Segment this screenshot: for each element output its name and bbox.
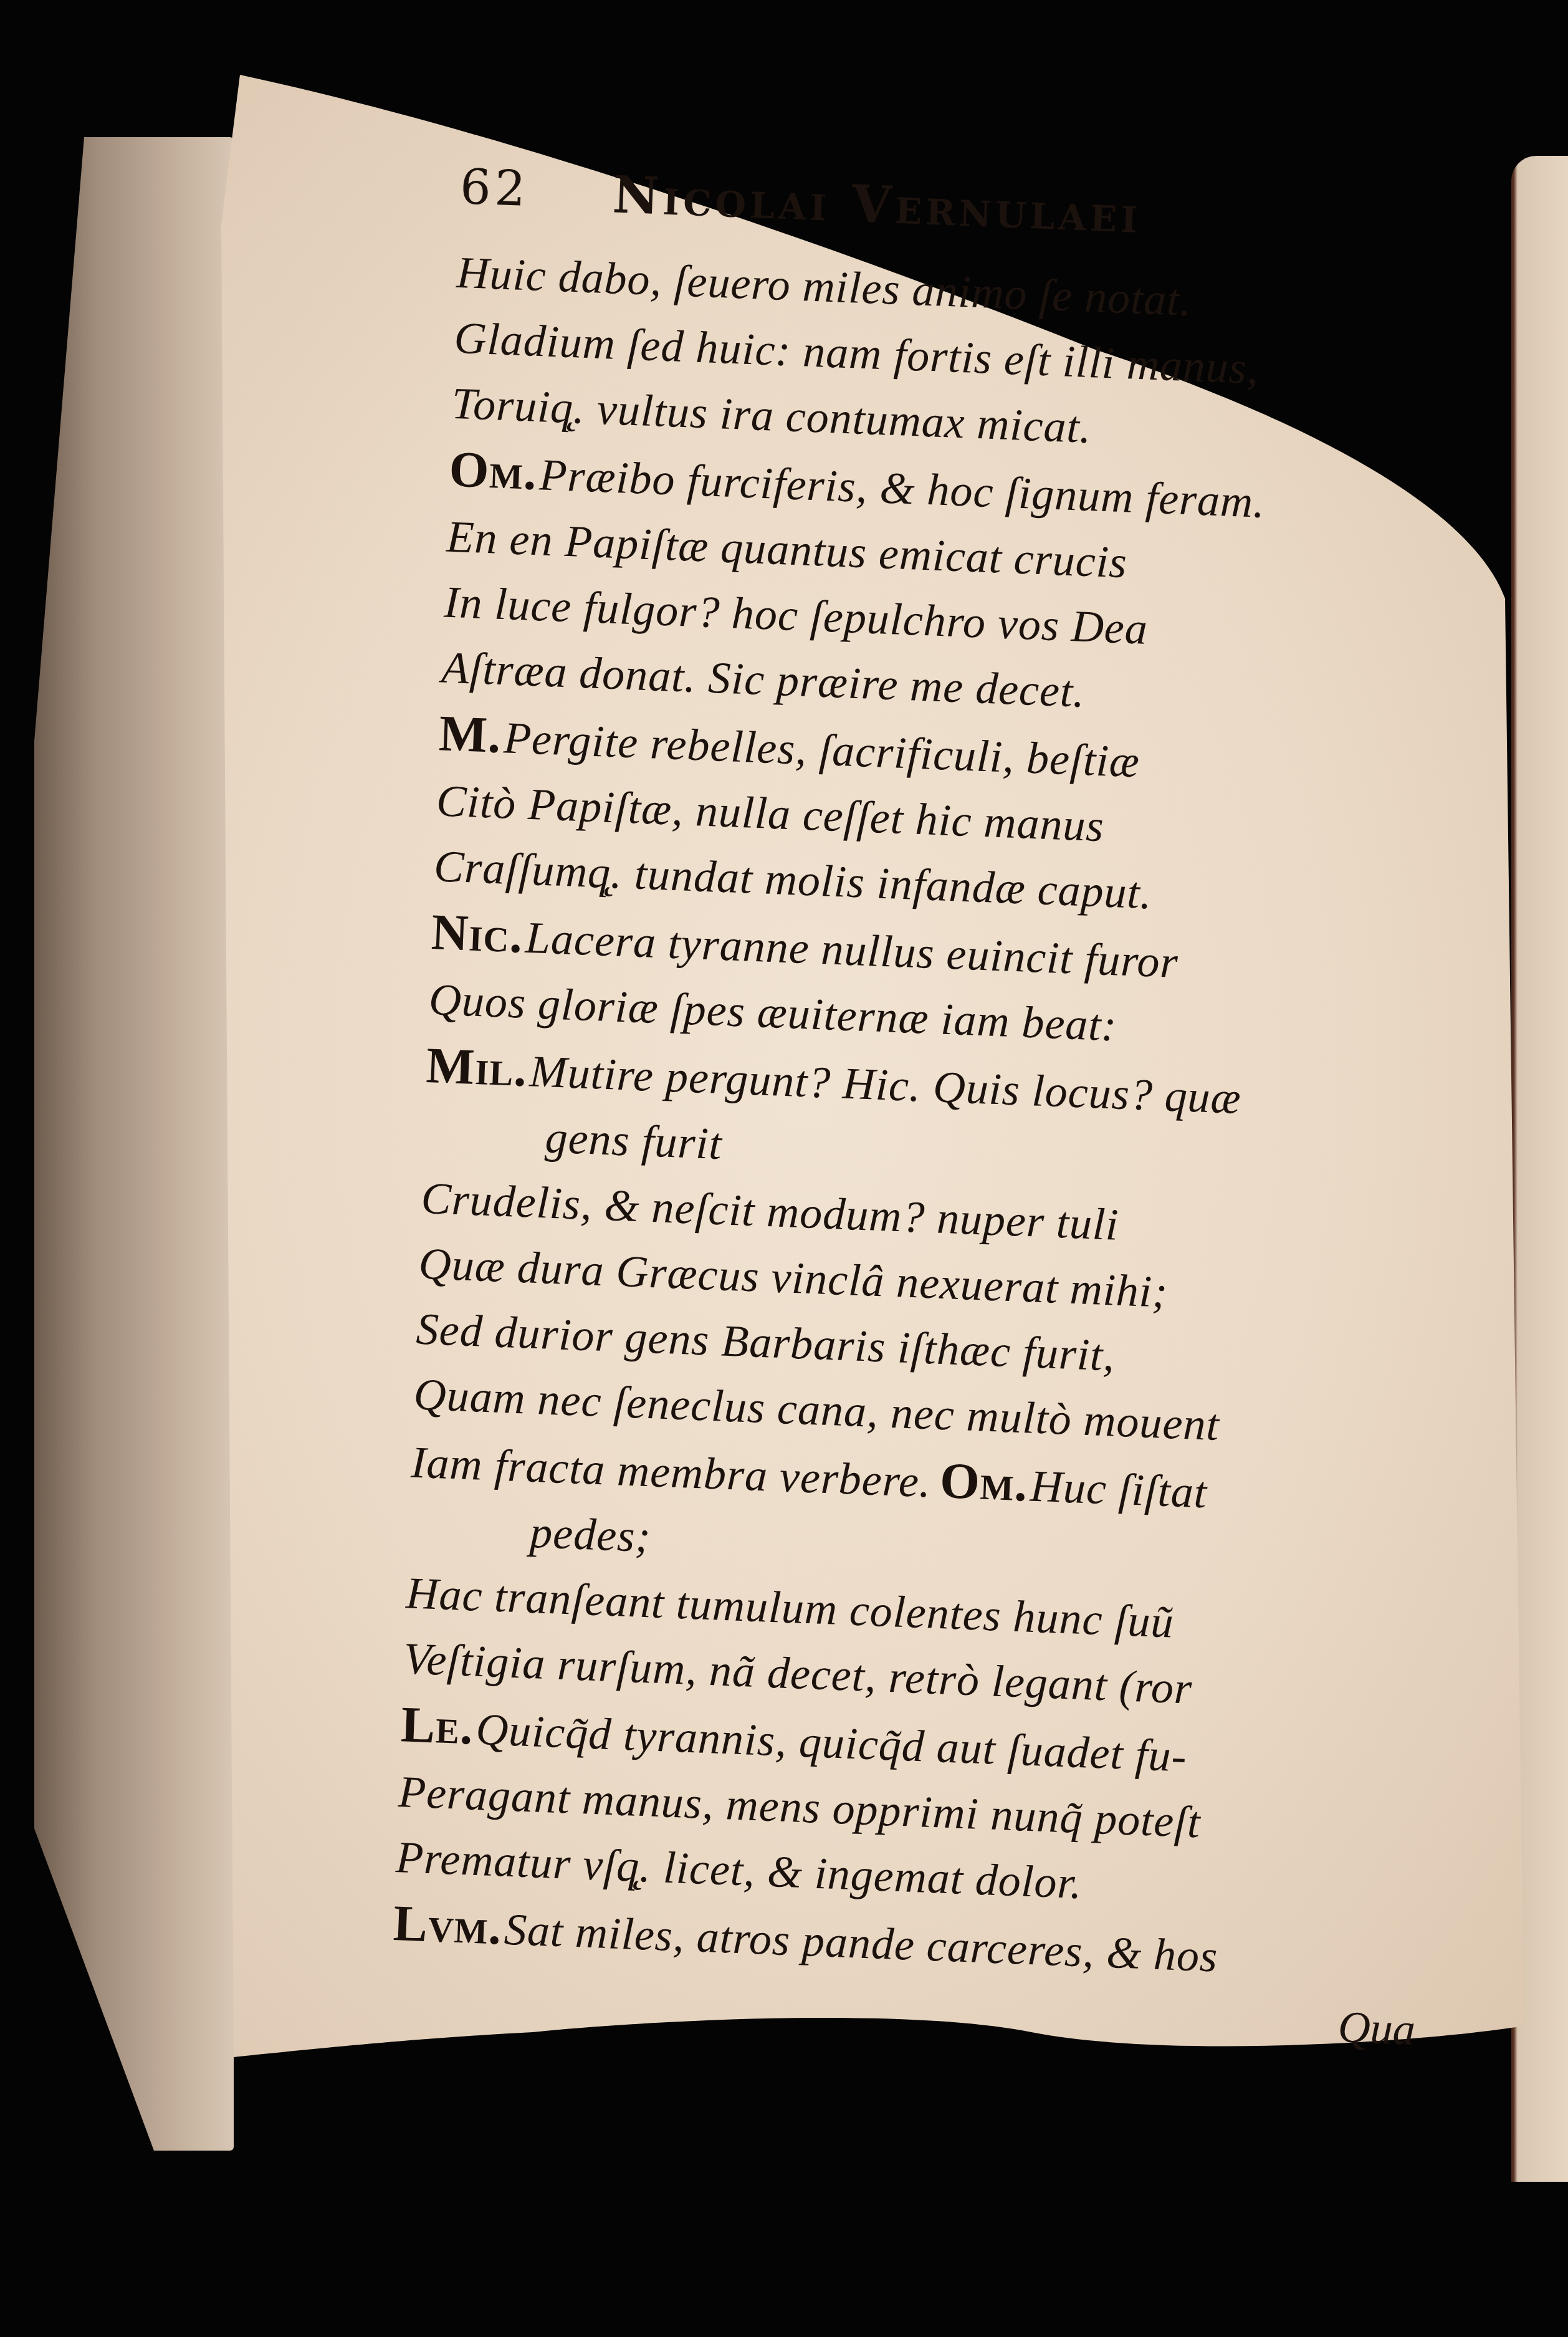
speaker-label: Om. [939, 1452, 1029, 1512]
speaker-label: Le. [400, 1696, 475, 1755]
speaker-label: Om. [448, 441, 538, 501]
speaker-label: M. [438, 704, 502, 764]
speaker-label: Lvm. [393, 1894, 504, 1955]
page-text: 62 Nicolai Vernulaei Huic dabo, ſeuero m… [390, 159, 1520, 2064]
speaker-label: Mil. [425, 1037, 528, 1097]
verse-text: Iam fracta membra verbere. [410, 1437, 932, 1507]
verse-list: Huic dabo, ſeuero miles animo ſe notat.G… [392, 240, 1517, 1999]
page-edges [34, 137, 234, 2151]
verse-text: gens furit [544, 1112, 723, 1169]
page-number: 62 [459, 159, 531, 218]
verse-text: pedes; [529, 1507, 652, 1562]
speaker-label: Nic. [431, 903, 524, 964]
running-title: Nicolai Vernulaei [611, 165, 1142, 245]
verse-text: Huc ſiſtat [1030, 1461, 1208, 1518]
